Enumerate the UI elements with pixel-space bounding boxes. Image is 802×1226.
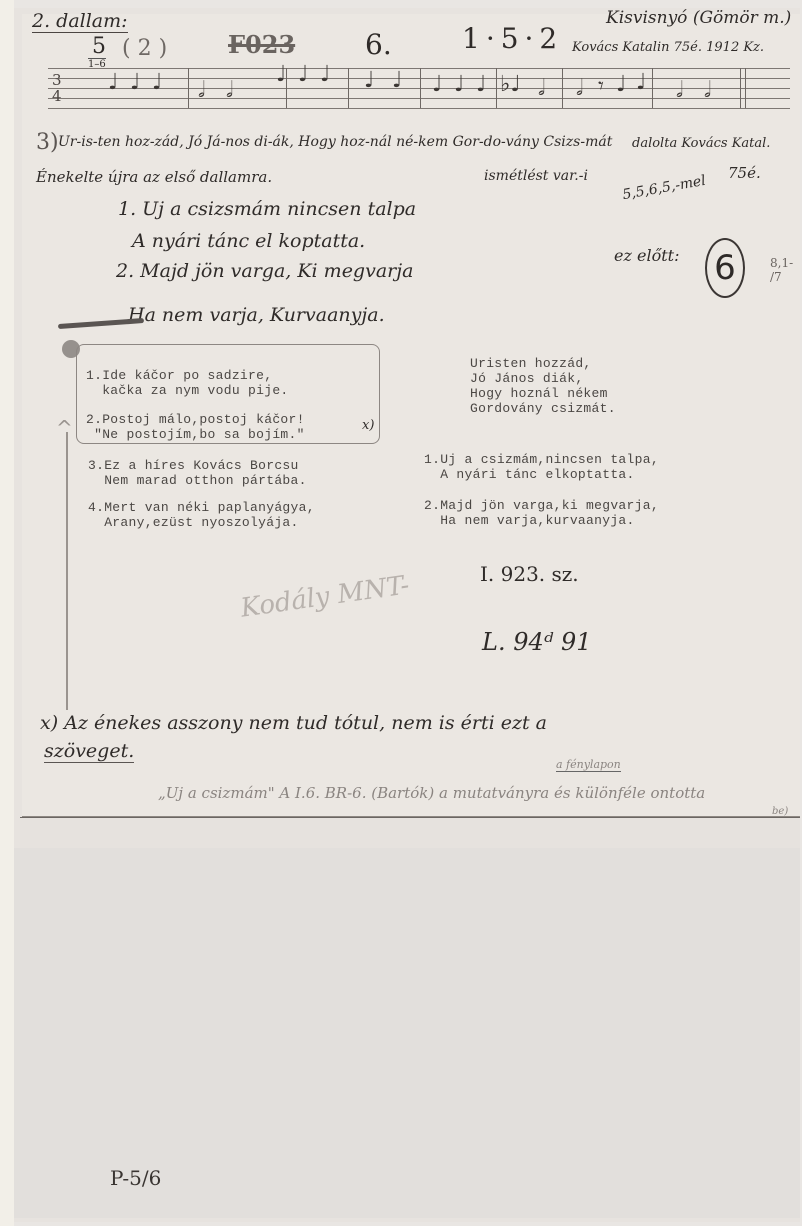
typed-verse: 2.Postoj málo,postoj káčor! "Ne postojím… xyxy=(86,412,305,442)
staff-line xyxy=(48,68,790,69)
barline xyxy=(652,68,653,108)
sung-by: dalolta Kovács Katal. xyxy=(632,136,770,151)
song-number: 6. xyxy=(365,28,392,61)
code-reference: L. 94ᵈ 91 xyxy=(482,628,592,656)
music-note: 𝅗𝅥 xyxy=(198,78,205,103)
typed-intro-stanza: Uristen hozzád, Jó János diák, Hogy hozn… xyxy=(470,356,616,416)
barline xyxy=(496,68,497,108)
music-note: ♩ xyxy=(616,72,626,97)
repeat-note: ismétlést var.-i xyxy=(484,168,588,184)
collection-place: Kisvisnyó (Gömör m.) xyxy=(606,8,791,28)
music-note: ♩ xyxy=(636,70,646,95)
sheet-bottom-strip xyxy=(20,817,800,849)
footnote-line: szöveget. xyxy=(44,740,134,763)
final-barline xyxy=(740,68,741,108)
typed-line: kačka za nym vodu pije. xyxy=(86,383,289,398)
time-sig-bottom: 4 xyxy=(52,88,62,104)
barline xyxy=(420,68,421,108)
music-note: 𝅗𝅥 xyxy=(538,76,545,101)
footnote-marker: x) xyxy=(362,418,374,433)
singer-info: Kovács Katalin 75é. 1912 Kz. xyxy=(572,40,764,55)
typed-line: Ha nem varja,kurvaanyja. xyxy=(424,513,635,528)
typed-line: 2.Postoj málo,postoj káčor! xyxy=(86,412,305,427)
music-staff: 3 4 ♩ ♩ ♩ 𝅗𝅥 𝅗𝅥 ♩ ♩ ♩ ♩ ♩ ♩ ♩ ♩ ♭♩ 𝅗𝅥 𝅗𝅥… xyxy=(48,68,790,108)
typed-line: Uristen hozzád, xyxy=(470,356,592,371)
typed-line: "Ne postojím,bo sa bojím." xyxy=(86,427,305,442)
handwritten-verse-line: 2. Majd jön varga, Ki megvarja xyxy=(116,260,413,282)
typed-line: Arany,ezüst nyoszolyája. xyxy=(88,515,299,530)
music-note: ♩ xyxy=(130,70,140,95)
performance-note: Énekelte újra az első dallamra. xyxy=(36,168,272,186)
handwritten-verse-line: A nyári tánc el koptatta. xyxy=(132,230,365,252)
typed-verse: 1.Ide káčor po sadzire, kačka za nym vod… xyxy=(86,368,289,398)
rest-symbol: 𝄾 xyxy=(598,74,604,99)
typed-line: 3.Ez a híres Kovács Borcsu xyxy=(88,458,299,473)
archive-id: P-5/6 xyxy=(110,1166,161,1190)
source-insert: a fénylapon xyxy=(556,758,621,772)
typed-verse: 1.Uj a csizmám,nincsen talpa, A nyári tá… xyxy=(424,452,659,482)
circled-number: 6 xyxy=(705,238,745,298)
side-annotation: 8,1- /7 xyxy=(770,256,793,284)
verse-number: 3) xyxy=(36,130,59,155)
time-sig-top: 3 xyxy=(52,72,62,88)
backing-page xyxy=(14,848,800,1218)
music-note: ♩ xyxy=(392,68,402,93)
scan-edge xyxy=(0,0,14,1226)
volume-reference: I. 923. sz. xyxy=(480,562,579,586)
barline xyxy=(562,68,563,108)
typed-line: Gordovány csizmát. xyxy=(470,401,616,416)
staff-line xyxy=(48,108,790,109)
music-note: ♩ xyxy=(320,62,330,87)
source-note-end: be) xyxy=(772,806,788,817)
music-note: ♩ xyxy=(432,72,442,97)
syllable-lyrics: Ur-is-ten hoz-zád, Jó Já-nos di-ák, Hogy… xyxy=(58,134,612,150)
typed-line: A nyári tánc elkoptatta. xyxy=(424,467,635,482)
typed-verse: 3.Ez a híres Kovács Borcsu Nem marad ott… xyxy=(88,458,307,488)
music-note: ♩ xyxy=(298,62,308,87)
handwritten-verse-line: Ha nem varja, Kurvaanyja. xyxy=(128,304,385,326)
music-note: ♩ xyxy=(276,62,286,87)
music-note: 𝅗𝅥 xyxy=(576,76,583,101)
music-note: ♩ xyxy=(364,68,374,93)
music-note: ♭♩ xyxy=(500,72,521,97)
typed-line: 1.Uj a csizmám,nincsen talpa, xyxy=(424,452,659,467)
music-note: 𝅗𝅥 xyxy=(226,78,233,103)
arrow-up-icon: ^ xyxy=(56,416,73,440)
before-label: ez előtt: xyxy=(614,246,679,265)
music-note: 𝅗𝅥 xyxy=(676,78,683,103)
typed-line: Hogy hoznál nékem xyxy=(470,386,608,401)
final-barline xyxy=(745,68,746,108)
handwritten-verse-line: 1. Uj a csizsmám nincsen talpa xyxy=(118,198,416,220)
typed-verse: 2.Majd jön varga,ki megvarja, Ha nem var… xyxy=(424,498,659,528)
struck-code: F023 xyxy=(228,30,295,59)
typed-verse: 4.Mert van néki paplanyágya, Arany,ezüst… xyxy=(88,500,315,530)
music-note: ♩ xyxy=(152,70,162,95)
music-note: ♩ xyxy=(454,72,464,97)
count-number: 5 xyxy=(92,34,106,59)
side-annotation-bottom: /7 xyxy=(770,270,793,284)
typed-line: 4.Mert van néki paplanyágya, xyxy=(88,500,315,515)
count-paren: ( 2 ) xyxy=(122,36,167,61)
typed-line: Nem marad otthon pártába. xyxy=(88,473,307,488)
music-note: ♩ xyxy=(108,70,118,95)
melody-label: 2. dallam: xyxy=(32,10,128,33)
typed-line: 2.Majd jön varga,ki megvarja, xyxy=(424,498,659,513)
music-note: 𝅗𝅥 xyxy=(704,78,711,103)
barline xyxy=(348,68,349,108)
typed-line: Jó János diák, xyxy=(470,371,583,386)
barline xyxy=(188,68,189,108)
singer-age: 75é. xyxy=(728,164,761,182)
side-annotation-top: 8,1- xyxy=(770,256,793,270)
typed-line: 1.Ide káčor po sadzire, xyxy=(86,368,272,383)
source-note: „Uj a csizmám" A I.6. BR-6. (Bartók) a m… xyxy=(158,784,705,802)
music-note: ♩ xyxy=(476,72,486,97)
time-signature: 3 4 xyxy=(52,72,62,104)
cadence-formula: 1·5·2 xyxy=(462,22,563,55)
footnote-line: x) Az énekes asszony nem tud tótul, nem … xyxy=(40,712,547,734)
arrow-line xyxy=(66,432,68,710)
